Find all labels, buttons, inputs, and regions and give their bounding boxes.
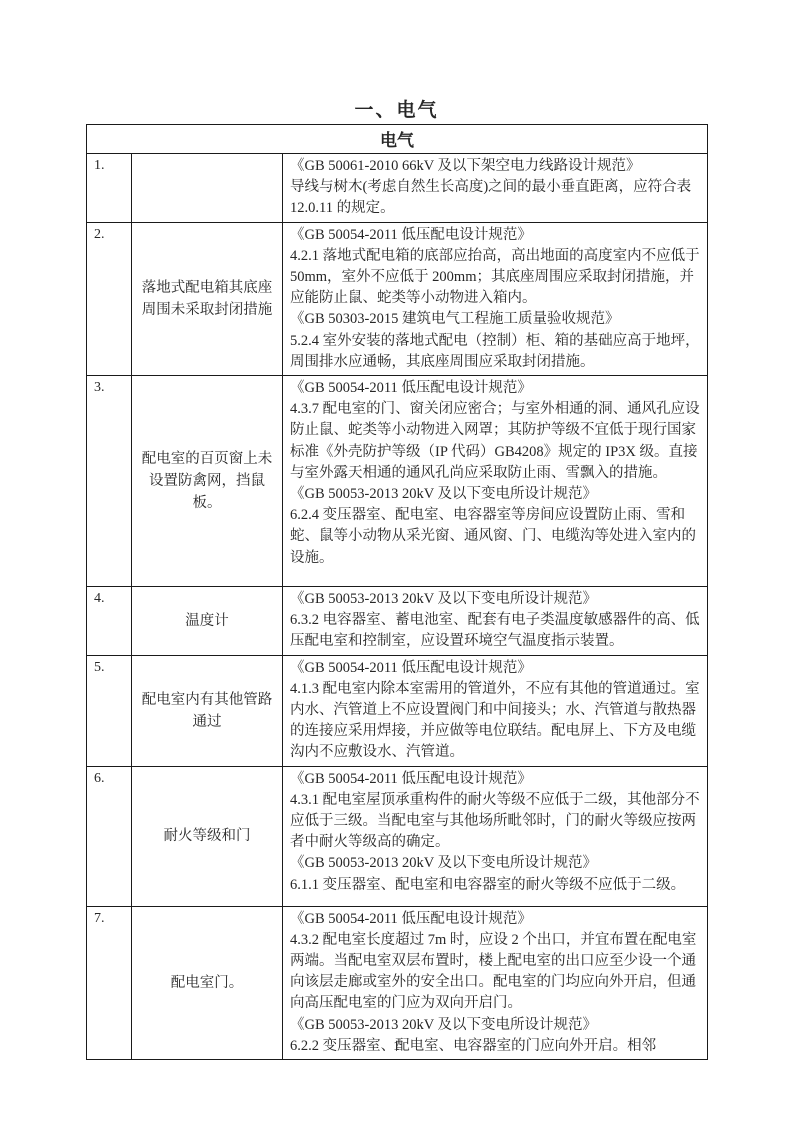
row-regulation-content: 《GB 50061-2010 66kV 及以下架空电力线路设计规范》导线与树木(… xyxy=(283,154,708,223)
table-row: 4. 温度计 《GB 50053-2013 20kV 及以下变电所设计规范》6.… xyxy=(87,587,708,656)
table-row: 6. 耐火等级和门 《GB 50054-2011 低压配电设计规范》4.3.1 … xyxy=(87,766,708,906)
row-issue-label: 耐火等级和门 xyxy=(132,766,283,906)
regulation-paragraph: 《GB 50053-2013 20kV 及以下变电所设计规范》 xyxy=(290,589,702,610)
regulation-paragraph: 《GB 50061-2010 66kV 及以下架空电力线路设计规范》 xyxy=(290,156,702,177)
row-issue-label xyxy=(132,154,283,223)
table-header-row: 电气 xyxy=(87,125,708,154)
page-number: 1 xyxy=(0,1038,793,1054)
row-regulation-content: 《GB 50054-2011 低压配电设计规范》4.3.7 配电室的门、窗关闭应… xyxy=(283,376,708,587)
row-issue-label: 配电室门。 xyxy=(132,906,283,1059)
row-number: 7. xyxy=(87,906,132,1059)
row-number: 4. xyxy=(87,587,132,656)
regulation-paragraph: 《GB 50054-2011 低压配电设计规范》 xyxy=(290,225,702,246)
regulation-paragraph: 《GB 50053-2013 20kV 及以下变电所设计规范》 xyxy=(290,484,702,505)
row-regulation-content: 《GB 50054-2011 低压配电设计规范》4.1.3 配电室内除本室需用的… xyxy=(283,655,708,766)
table-row: 7. 配电室门。 《GB 50054-2011 低压配电设计规范》4.3.2 配… xyxy=(87,906,708,1059)
regulation-paragraph: 《GB 50054-2011 低压配电设计规范》 xyxy=(290,658,702,679)
regulation-paragraph: 4.1.3 配电室内除本室需用的管道外，不应有其他的管道通过。室内水、汽管道上不… xyxy=(290,679,702,764)
row-regulation-content: 《GB 50054-2011 低压配电设计规范》4.2.1 落地式配电箱的底部应… xyxy=(283,222,708,375)
document-page: 一、电气 电气 1. 《GB 50061-2010 66kV 及以下架空电力线路… xyxy=(0,0,793,1122)
regulation-paragraph: 4.2.1 落地式配电箱的底部应抬高，高出地面的高度室内不应低于 50mm，室外… xyxy=(290,246,702,310)
regulation-paragraph: 4.3.7 配电室的门、窗关闭应密合；与室外相通的洞、通风孔应设防止鼠、蛇类等小… xyxy=(290,399,702,484)
regulation-paragraph: 4.3.1 配电室屋顶承重构件的耐火等级不应低于二级，其他部分不应低于三级。当配… xyxy=(290,790,702,854)
row-number: 2. xyxy=(87,222,132,375)
table-row: 5. 配电室内有其他管路通过 《GB 50054-2011 低压配电设计规范》4… xyxy=(87,655,708,766)
regulation-paragraph: 导线与树木(考虑自然生长高度)之间的最小垂直距离，应符合表 12.0.11 的规… xyxy=(290,177,702,219)
regulation-paragraph: 《GB 50054-2011 低压配电设计规范》 xyxy=(290,909,702,930)
regulation-paragraph: 《GB 50054-2011 低压配电设计规范》 xyxy=(290,378,702,399)
row-regulation-content: 《GB 50053-2013 20kV 及以下变电所设计规范》6.3.2 电容器… xyxy=(283,587,708,656)
table-row: 3. 配电室的百页窗上未设置防禽网，挡鼠板。 《GB 50054-2011 低压… xyxy=(87,376,708,587)
table-header-label: 电气 xyxy=(87,125,708,154)
regulation-paragraph: 5.2.4 室外安装的落地式配电（控制）柜、箱的基础应高于地坪，周围排水应通畅，… xyxy=(290,331,702,373)
row-number: 3. xyxy=(87,376,132,587)
row-issue-label: 温度计 xyxy=(132,587,283,656)
table-row: 2. 落地式配电箱其底座周围未采取封闭措施 《GB 50054-2011 低压配… xyxy=(87,222,708,375)
row-regulation-content: 《GB 50054-2011 低压配电设计规范》4.3.1 配电室屋顶承重构件的… xyxy=(283,766,708,906)
table-row: 1. 《GB 50061-2010 66kV 及以下架空电力线路设计规范》导线与… xyxy=(87,154,708,223)
row-issue-label: 落地式配电箱其底座周围未采取封闭措施 xyxy=(132,222,283,375)
row-number: 5. xyxy=(87,655,132,766)
regulation-paragraph: 6.1.1 变压器室、配电室和电容器室的耐火等级不应低于二级。 xyxy=(290,875,702,896)
regulation-paragraph: 《GB 50053-2013 20kV 及以下变电所设计规范》 xyxy=(290,853,702,874)
row-regulation-content: 《GB 50054-2011 低压配电设计规范》4.3.2 配电室长度超过 7m… xyxy=(283,906,708,1059)
regulation-paragraph: 《GB 50054-2011 低压配电设计规范》 xyxy=(290,769,702,790)
regulation-paragraph: 4.3.2 配电室长度超过 7m 时，应设 2 个出口，并宜布置在配电室两端。当… xyxy=(290,930,702,1015)
row-issue-label: 配电室内有其他管路通过 xyxy=(132,655,283,766)
section-title: 一、电气 xyxy=(0,95,793,122)
regulations-table: 电气 1. 《GB 50061-2010 66kV 及以下架空电力线路设计规范》… xyxy=(86,124,708,1060)
row-number: 1. xyxy=(87,154,132,223)
regulation-paragraph: 6.3.2 电容器室、蓄电池室、配套有电子类温度敏感器件的高、低压配电室和控制室… xyxy=(290,610,702,652)
regulation-paragraph: 《GB 50053-2013 20kV 及以下变电所设计规范》 xyxy=(290,1015,702,1036)
regulation-paragraph: 《GB 50303-2015 建筑电气工程施工质量验收规范》 xyxy=(290,309,702,330)
row-issue-label: 配电室的百页窗上未设置防禽网，挡鼠板。 xyxy=(132,376,283,587)
regulation-paragraph: 6.2.4 变压器室、配电室、电容器室等房间应设置防止雨、雪和蛇、鼠等小动物从采… xyxy=(290,505,702,569)
row-number: 6. xyxy=(87,766,132,906)
